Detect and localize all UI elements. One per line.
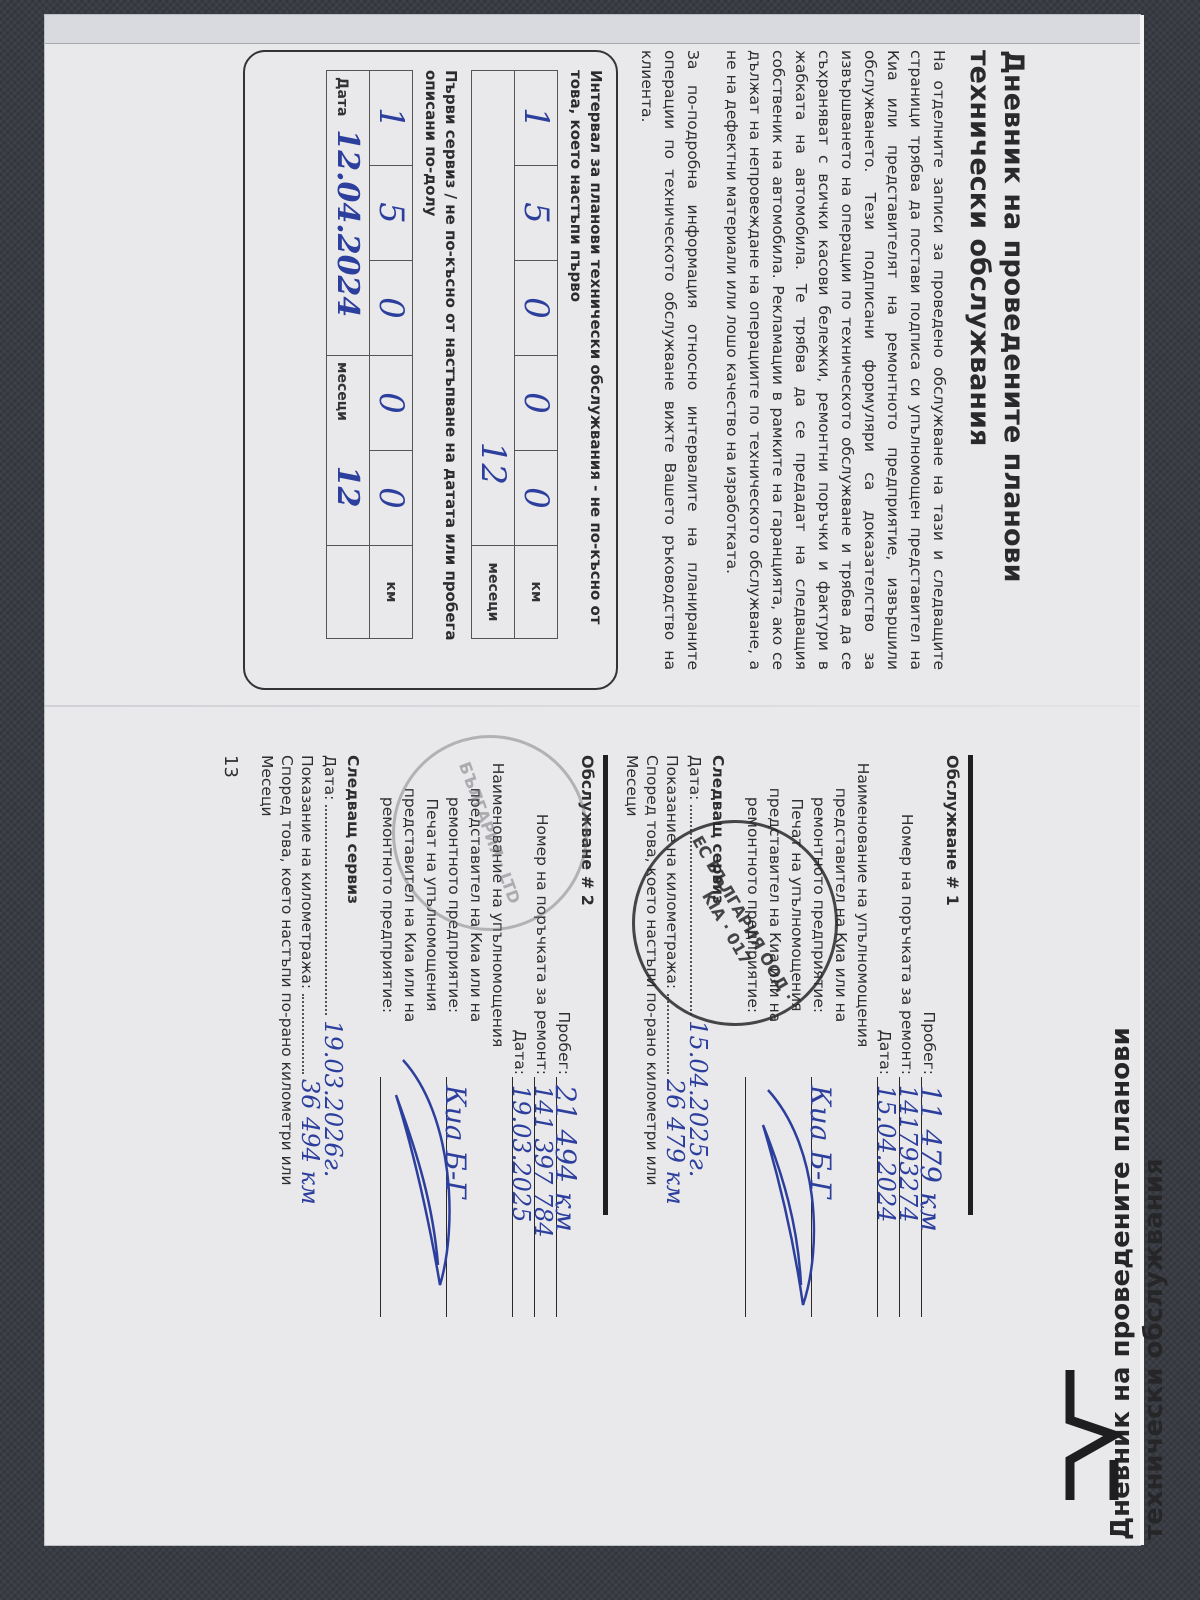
booklet-spine (45, 705, 1140, 707)
title-line-2: технически обслужвания (962, 50, 996, 700)
first-km-digit: 0 (370, 356, 413, 451)
intro-paragraph: На отделните записи за проведено обслужв… (720, 50, 950, 670)
service-record-2: Обслужване # 2 Пробег: 21 494 км Номер н… (257, 755, 608, 1495)
first-service-grid: 1 5 0 0 0 км Дата 12.04.2024 месеци 12 (326, 70, 413, 639)
stamp-text: БЪЛГАРИЯ · LTD (456, 760, 525, 907)
faint-dealer-stamp: БЪЛГАРИЯ · LTD (392, 735, 588, 931)
interval-box: Интервал за планови технически обслужван… (243, 50, 618, 690)
mileage-label: Пробег: (918, 1012, 940, 1075)
months-value: 12 (472, 71, 515, 546)
date-value: 15.04.2024 (872, 1085, 900, 1222)
next-date-label: Дата: (321, 755, 339, 800)
months-text: Месеци (257, 755, 277, 1495)
dotted-line (667, 994, 669, 1074)
next-date-label: Дата: (686, 755, 704, 800)
field-line (745, 1077, 746, 1317)
order-label: Номер на поръчката за ремонт: (896, 814, 918, 1075)
stamp-text: ЕС БЪЛГАРИЯ ООД · KIA · 017 (669, 827, 802, 1019)
field-line (380, 1077, 381, 1317)
dotted-line (325, 805, 327, 1015)
empty-cell (327, 546, 370, 639)
page-edge (45, 15, 1140, 44)
date-value: 19.03.2025 (507, 1085, 535, 1222)
interval-title: Интервал за планови технически обслужван… (566, 70, 606, 670)
kia-logo-icon (1060, 1360, 1124, 1510)
date-cell: Дата 12.04.2024 (327, 71, 370, 356)
signature-icon (753, 1085, 823, 1315)
first-service-title: Първи сервиз / не по-късно от настъпване… (421, 70, 461, 670)
months-cell: месеци 12 (327, 356, 370, 546)
interval-km-grid: 1 5 0 0 0 км 12 месеци (471, 70, 558, 639)
km-digit: 0 (515, 356, 558, 451)
date-label: Дата: (509, 1030, 531, 1075)
dealer-stamp: ЕС БЪЛГАРИЯ ООД · KIA · 017 (632, 820, 838, 1026)
page-number: 13 (220, 755, 241, 1515)
km-digit: 0 (515, 261, 558, 356)
whichever-text: Според това, което настъпи по-рано килом… (277, 755, 297, 1495)
months-text: Месеци (622, 755, 642, 1495)
signature-icon (388, 1055, 458, 1295)
first-km-digit: 0 (370, 451, 413, 546)
section-rule (603, 755, 608, 1215)
km-label: км (515, 546, 558, 639)
title-line-1: Дневник на проведените планови (996, 50, 1030, 700)
km-digit: 0 (515, 451, 558, 546)
first-km-digit: 1 (370, 71, 413, 166)
header-line-2: технически обслужвания (1138, 940, 1171, 1540)
km-digit: 5 (515, 166, 558, 261)
left-page: Дневник на проведените планови техническ… (120, 50, 1030, 700)
first-months-label: месеци (335, 362, 351, 421)
more-info-paragraph: За по-подробна информация относно интерв… (635, 50, 704, 670)
dotted-line (302, 994, 304, 1074)
section-rule (968, 755, 973, 1215)
next-km-label: Показание на километража: (298, 755, 316, 989)
date-label: Дата: (874, 1030, 896, 1075)
first-months-value: 12 (331, 466, 366, 508)
first-km-label: км (370, 546, 413, 639)
km-digit: 1 (515, 71, 558, 166)
next-km-value: 36 494 км (296, 1079, 324, 1205)
page-title: Дневник на проведените планови техническ… (962, 50, 1030, 700)
date-row: Дата: 15.04.2024 (874, 755, 896, 1495)
first-km-digit: 0 (370, 261, 413, 356)
months-label: месеци (472, 546, 515, 639)
next-km-value: 26 479 км (661, 1079, 689, 1205)
mileage-label: Пробег: (553, 1012, 575, 1075)
date-value: 12.04.2024 (331, 129, 366, 317)
date-label: Дата (335, 77, 351, 116)
next-service: Следващ сервиз Дата: 19.03.2026г. Показа… (257, 755, 363, 1495)
first-km-digit: 5 (370, 166, 413, 261)
right-page: Обслужване # 1 Пробег: 11 479 км Номер н… (115, 755, 975, 1515)
next-km-row: Показание на километража: 36 494 км (297, 755, 320, 1495)
service-record-1: Обслужване # 1 Пробег: 11 479 км Номер н… (622, 755, 973, 1495)
